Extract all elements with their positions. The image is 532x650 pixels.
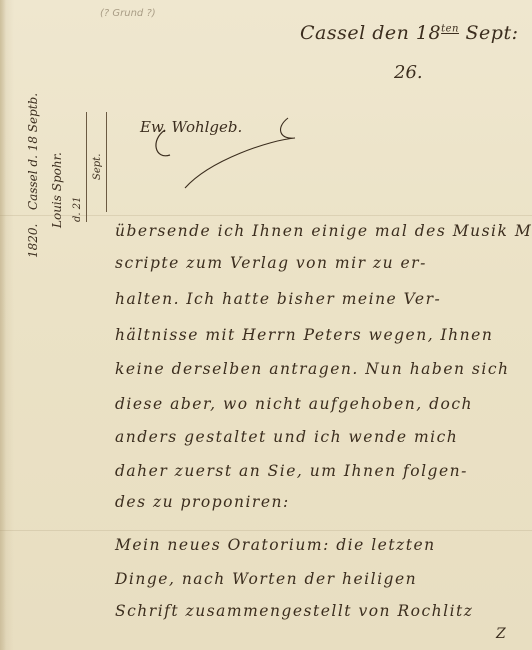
body-line: hältnisse mit Herrn Peters wegen, Ihnen — [115, 326, 493, 344]
margin-note-year: 1820. — [26, 224, 40, 258]
margin-rule — [86, 112, 87, 222]
paper-crease — [0, 530, 532, 531]
margin-rule — [106, 112, 107, 212]
body-line: Mein neues Oratorium: die letzten — [115, 536, 436, 554]
body-line: Schrift zusammengestellt von Rochlitz — [115, 602, 473, 620]
page-edge-shadow — [0, 0, 6, 650]
date-suffix: ten — [441, 24, 459, 35]
margin-note-answered: Sept. — [92, 154, 103, 180]
page-continuation-mark: Z — [496, 626, 506, 642]
body-line: des zu proponiren: — [115, 493, 290, 511]
place-date-line: Cassel den 18ten Sept: — [300, 22, 519, 44]
body-line: übersende ich Ihnen einige mal des Musik… — [115, 222, 532, 240]
body-line: Dinge, nach Worten der heiligen — [115, 570, 417, 588]
body-line: daher zuerst an Sie, um Ihnen folgen- — [115, 462, 468, 480]
body-line: scripte zum Verlag von mir zu er- — [115, 254, 427, 272]
body-line: halten. Ich hatte bisher meine Ver- — [115, 290, 441, 308]
month-text: Sept: — [466, 22, 519, 44]
place-date-text: Cassel den 18 — [300, 22, 441, 44]
body-line: keine derselben antragen. Nun haben sich — [115, 360, 510, 378]
margin-note-received: d. 21 — [72, 197, 83, 222]
margin-note-author: Louis Spohr. — [50, 152, 64, 228]
salutation-flourish — [130, 100, 390, 200]
year-text: 26. — [394, 62, 423, 83]
margin-note-place-date: Cassel d. 18 Septb. — [26, 93, 40, 210]
body-line: diese aber, wo nicht aufgehoben, doch — [115, 395, 473, 413]
archive-pencil-note: (? Grund ?) — [100, 8, 156, 19]
body-line: anders gestaltet und ich wende mich — [115, 428, 458, 446]
